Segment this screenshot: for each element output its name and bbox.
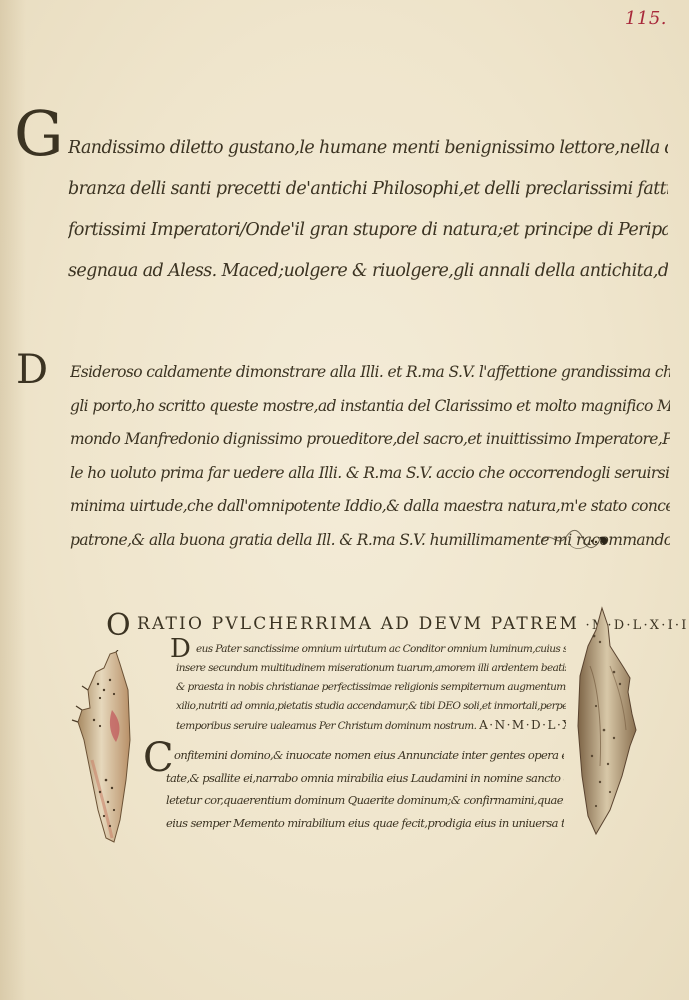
- initial-letter-o: O: [106, 608, 131, 643]
- paragraph-1: Randissimo diletto gustano,le humane men…: [68, 128, 668, 292]
- folio-number: 115.: [625, 8, 667, 29]
- text-line: eus Pater sanctissime omnium uirtutum ac…: [196, 640, 566, 659]
- chrysalis-right-illustration: [574, 606, 642, 836]
- text-line: le ho uoluto prima far uedere alla Illi.…: [70, 457, 670, 491]
- chrysalis-left-illustration: [70, 650, 140, 845]
- text-line: & praesta in nobis christianae perfectis…: [176, 678, 566, 697]
- calligraphic-flourish-icon: [540, 527, 612, 553]
- text-line: eius semper Memento mirabilium eius quae…: [166, 812, 564, 835]
- text-line: Randissimo diletto gustano,le humane men…: [68, 128, 668, 169]
- text-line-content: temporibus seruire ualeamus Per Christum…: [176, 720, 476, 732]
- initial-letter-g: G: [14, 103, 64, 165]
- text-line: onfitemini domino,& inuocate nomen eius …: [174, 744, 564, 767]
- prayer-block-1: eus Pater sanctissime omnium uirtutum ac…: [196, 640, 566, 736]
- text-line: Esideroso caldamente dimonstrare alla Il…: [70, 356, 670, 390]
- text-line: temporibus seruire ualeamus Per Christum…: [176, 716, 566, 736]
- date-mark: A·N·M·D·L·X·I·I·: [479, 718, 566, 732]
- text-line: branza delli santi precetti de'antichi P…: [68, 169, 668, 210]
- text-line: gli porto,ho scritto queste mostre,ad in…: [70, 390, 670, 424]
- text-line: xilio,nutriti ad omnia,pietatis studia a…: [176, 697, 566, 716]
- text-line: minima uirtude,che dall'omnipotente Iddi…: [70, 490, 670, 524]
- prayer-block-2: onfitemini domino,& inuocate nomen eius …: [174, 744, 564, 834]
- text-line: mondo Manfredonio dignissimo proueditore…: [70, 423, 670, 457]
- text-line: letetur cor,quaerentium dominum Quaerite…: [166, 789, 564, 812]
- text-line: fortissimi Imperatori/Onde'il gran stupo…: [68, 210, 668, 251]
- prayer-title-text: RATIO PVLCHERRIMA AD DEVM PATREM: [137, 614, 579, 634]
- text-line: tate,& psallite ei,narrabo omnia mirabil…: [166, 767, 564, 790]
- manuscript-page: 115. G Randissimo diletto gustano,le hum…: [0, 0, 689, 1000]
- text-line: segnaua ad Aless. Maced;uolgere & riuolg…: [68, 251, 668, 292]
- initial-letter-d: D: [16, 350, 48, 390]
- text-line: insere secundum multitudinem miserationu…: [176, 659, 566, 678]
